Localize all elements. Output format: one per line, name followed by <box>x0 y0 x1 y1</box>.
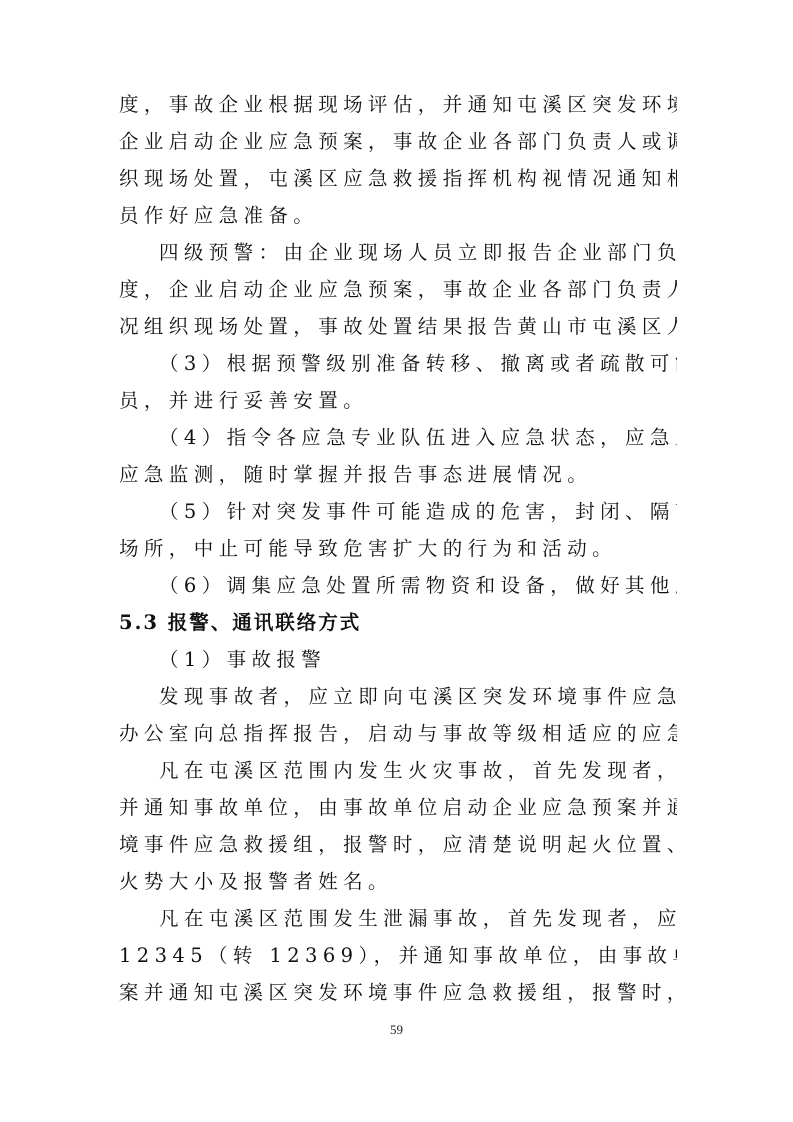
text-line: 企业启动企业应急预案，事故企业各部门负责人或调度视现场情况组 <box>119 123 677 160</box>
text-line: 并通知事故单位，由事故单位启动企业应急预案并通知屯溪区突发环 <box>119 789 677 826</box>
text-line: 员作好应急准备。 <box>119 197 677 234</box>
list-item-4: （4）指令各应急专业队伍进入应急状态，应急监测组立即开展 <box>119 419 677 456</box>
text-line: 场所，中止可能导致危害扩大的行为和活动。 <box>119 530 677 567</box>
list-item-6: （6）调集应急处置所需物资和设备，做好其他应急保障工作。 <box>119 567 677 604</box>
paragraph-level4-warning: 四级预警：由企业现场人员立即报告企业部门负责人和值班调 <box>119 234 677 271</box>
text-line: 12345（转 12369），并通知事故单位，由事故单位启动企业应急预 <box>119 937 677 974</box>
text-line: 度，事故企业根据现场评估，并通知屯溪区突发环境事件应急救援组， <box>119 86 677 123</box>
text-line: 火势大小及报警者姓名。 <box>119 863 677 900</box>
document-body: 度，事故企业根据现场评估，并通知屯溪区突发环境事件应急救援组， 企业启动企业应急… <box>119 86 677 1011</box>
paragraph-discoverer: 发现事故者，应立即向屯溪区突发环境事件应急救援组报告，由 <box>119 678 677 715</box>
text-line: 应急监测，随时掌握并报告事态进展情况。 <box>119 456 677 493</box>
page-number: 59 <box>0 1022 793 1038</box>
text-line: 办公室向总指挥报告，启动与事故等级相适应的应急救援响应。 <box>119 715 677 752</box>
list-item-3: （3）根据预警级别准备转移、撤离或者疏散可能受到危害的人 <box>119 345 677 382</box>
paragraph-fire-accident: 凡在屯溪区范围内发生火灾事故，首先发现者，应立即拨打 119， <box>119 752 677 789</box>
section-heading-5-3: 5.3 报警、通讯联络方式 <box>119 604 677 641</box>
text-line: 境事件应急救援组，报警时，应清楚说明起火位置、起火燃烧对象、 <box>119 826 677 863</box>
text-line: 度，企业启动企业应急预案，事故企业各部门负责人或调度视现场情 <box>119 271 677 308</box>
list-item-5: （5）针对突发事件可能造成的危害，封闭、隔离或者限制有关 <box>119 493 677 530</box>
text-line: 员，并进行妥善安置。 <box>119 382 677 419</box>
text-line: 况组织现场处置，事故处置结果报告黄山市屯溪区人民政府。 <box>119 308 677 345</box>
text-line: 案并通知屯溪区突发环境事件应急救援组，报警时，应清楚说明泄漏 <box>119 974 677 1011</box>
subheading-accident-alarm: （1）事故报警 <box>119 641 677 678</box>
text-line: 织现场处置，屯溪区应急救援指挥机构视情况通知相关应急部门、人 <box>119 160 677 197</box>
paragraph-leak-accident: 凡在屯溪区范围发生泄漏事故，首先发现者，应立即拨打 110 或 <box>119 900 677 937</box>
